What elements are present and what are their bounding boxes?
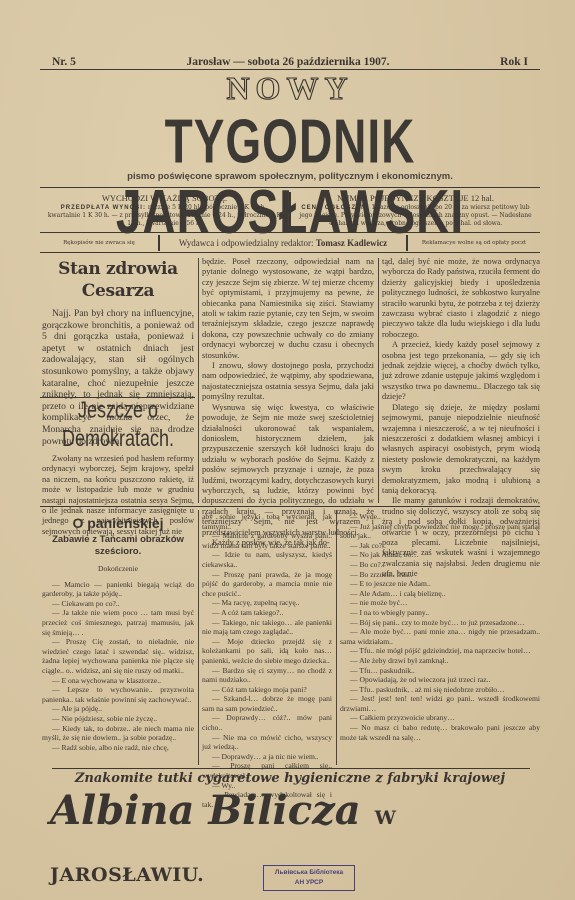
headline-cesarz: Stan zdrowia Cesarza [42, 258, 194, 302]
masthead-nowy: NOWY [40, 72, 540, 104]
stamp-line-1: Львівська Бібліотека [264, 868, 354, 878]
dialogue-line: — Tfu… paskudnik.. [340, 666, 540, 676]
dialogue-line: — Radź sobie, albo nie radź, nie chcę, [42, 743, 194, 753]
editor-credit: Wydawca i odpowiedzialny redaktor: Tomas… [158, 235, 408, 251]
article-paragraph: będzie. Poseł rzeczony, odpowiedział nam… [202, 257, 374, 361]
article-panienska-col3: — Wyde.. — Już jaśniej chyba powiedzieć … [340, 512, 540, 742]
divider [40, 232, 540, 233]
editor-strip: Rękopisów nie zwraca się Wydawca i odpow… [40, 234, 540, 253]
dialogue-line: — Idzie tu nam, usłyszysz, kiedyś ciekaw… [202, 550, 332, 569]
dialogue-line: — Wyde.. [340, 512, 540, 522]
dialogue-line: — Doprawdy… a ja nic nie wiem.. [202, 752, 332, 762]
publication-schedule: WYCHODZI W KAŻDĄ SOBOTĘ. [46, 193, 283, 203]
article-panienska-col2: aby sobie języki tobą wycierali, jak tam… [202, 512, 332, 809]
headline-demokraci: Jeszcze o Demokratach. [42, 395, 194, 452]
dialogue-line: — No masz ci babo redutę… brakowało pani… [340, 723, 540, 742]
dialogue-line: — Ciekawam po co?.. [42, 599, 194, 609]
stamp-line-2: АН УРСР [264, 878, 354, 888]
subscription-label: PRZEDPŁATA WYNOSI: [61, 205, 146, 211]
dialogue-line: — Nie ma co mówić cicho, wszyscy już wie… [202, 733, 332, 752]
dialogue-line: — Bo co?.. [340, 560, 540, 570]
column-rule [198, 510, 199, 765]
dialogue-line: — No jak Adam, bo… [340, 550, 540, 560]
dialogue-line: — Lepsze to wychowanie.. przyzwoita pani… [42, 685, 194, 704]
dialogue-line: — Już jaśniej chyba powiedzieć nie mogę.… [340, 522, 540, 541]
editor-label: Wydawca i odpowiedzialny redaktor: [179, 238, 314, 248]
year-label: Rok I [500, 56, 528, 68]
dialogue-line: — Opowiadają, że od wieczora już trzeci … [340, 675, 540, 685]
subheadline-panienska: Zabawie z Tańcami obrazków sześcioro. [42, 534, 194, 558]
divider [40, 506, 540, 507]
advert-company: Albina Bilicza [50, 787, 361, 834]
dialogue-line: — Ja także nie wiem poco … tam musi być … [42, 608, 194, 637]
complaints-notice: Reklamacye wolne są od opłaty poczt [408, 240, 540, 246]
dialogue-line: — Moje dziecko przejdź się z koleżankami… [202, 637, 332, 666]
article-demokraci-col2: będzie. Poseł rzeczony, odpowiedział nam… [202, 257, 374, 548]
dialogue-line: — Jest! jest! ten! ten! widzi go pani.. … [340, 694, 540, 713]
dialogue-line: — Mamcio — panienki biegają wciąż do gar… [42, 580, 194, 599]
masthead-tagline: pismo poświęcone sprawom społecznym, pol… [40, 171, 540, 182]
divider [52, 768, 530, 769]
column-rule [198, 258, 199, 503]
single-issue-price: NUMER POJEDYNCZY KOSZTUJE 12 hal. [297, 193, 534, 203]
ad-price-label: CENA OGŁOSZEŃ: [301, 205, 369, 211]
dialogue-line: — nie może być… [340, 598, 540, 608]
article-paragraph: tąd, dalej być nie może, że nowa ordynac… [382, 257, 540, 340]
divider [40, 187, 540, 188]
dialogue-line: — Ma racyę, zupełną racyę.. [202, 598, 332, 608]
dialogue-line: — Proszę Cię zostań, to nieładnie, nie w… [42, 637, 194, 675]
dialogue-line: — Nie pójdziesz, sobie nie życzę.. [42, 714, 194, 724]
dialogue-line: — Szkand-l… dobrze że mogę pani sam na s… [202, 694, 332, 713]
dialogue-line: — I na to wbiegły panny.. [340, 608, 540, 618]
manuscripts-notice: Rękopisów nie zwraca się [40, 240, 158, 246]
dialogue-line: aby sobie języki tobą wycierali, jak tam… [202, 512, 332, 531]
article-paragraph: I znowu, słowy dostojnego posła, przycho… [202, 361, 374, 403]
dialogue-line: — E ona wychowana w klasztorze.. [42, 676, 194, 686]
editor-name: Tomasz Kadlewicz [316, 238, 387, 248]
subscription-info: WYCHODZI W KAŻDĄ SOBOTĘ. PRZEDPŁATA WYNO… [40, 191, 540, 231]
subscription-prices: WYCHODZI W KAŻDĄ SOBOTĘ. PRZEDPŁATA WYNO… [40, 191, 289, 231]
dialogue-line: — Doprawdy… cóż?.. mów pani cicho.. [202, 713, 332, 732]
dialogue-line: — Bo zrzucił.. frak.. [340, 570, 540, 580]
ad-prices: NUMER POJEDYNCZY KOSZTUJE 12 hal. CENA O… [291, 191, 540, 231]
dialogue-line: — A cóż tam takiego?.. [202, 608, 332, 618]
library-stamp: Львівська Бібліотека АН УРСР [263, 865, 355, 891]
dialogue-line: — Ale żeby drzwi był zamknął.. [340, 656, 540, 666]
continued-label: Dokończenie [42, 564, 194, 574]
dialogue-line: — Kiedy tak, to dobrze.. ale niech mama … [42, 724, 194, 743]
dialogue-line: — Proszę pani prawda, że ja mogę pójść d… [202, 570, 332, 599]
dialogue-line: — Ale ja pójdę.. [42, 704, 194, 714]
article-paragraph: Dlatego się dzieje, że między posłami se… [382, 403, 540, 497]
dialogue-line: — Całkiem przyzwoicie ubrany… [340, 713, 540, 723]
advert-subline: Znakomite tutki cygaretowe hygieniczne z… [40, 771, 540, 786]
headline-panienska: O panieńskiej [42, 512, 194, 534]
dialogue-line: — E to jeszcze nie Adam.. [340, 579, 540, 589]
dialogue-line: — Mamciu z garderoby wyszła pani.. widzi… [202, 531, 332, 550]
dialogue-line: — Takiego, nic takiego… ale panienki nie… [202, 618, 332, 637]
article-paragraph: A przecież, kiedy każdy poseł sejmowy z … [382, 340, 540, 402]
issue-number: Nr. 5 [52, 56, 76, 68]
dialogue-line: — Cóż tam takiego moja pani? [202, 685, 332, 695]
article-panienska: O panieńskiej Zabawie z Tańcami obrazków… [42, 512, 194, 752]
dialogue-line: — Bój się pani.. czy to może być… to już… [340, 618, 540, 628]
dateline: Jarosław — sobota 26 października 1907. [187, 56, 390, 68]
dialogue-line: — Ale Adam… i całą bieliznę.. [340, 589, 540, 599]
dialogue-line: — Jak co?.. [340, 541, 540, 551]
dialogue-line: — Ale może być… pani mnie zna… nigdy nie… [340, 627, 540, 646]
dateline-bar: Nr. 5 Jarosław — sobota 26 października … [40, 56, 540, 70]
dialogue-line: — Tfu.. nie mógł pójść gdzieindziej, ma … [340, 646, 540, 656]
dialogue-line: — Tfu.. paskudnik, . aż mi się niedobrze… [340, 685, 540, 695]
column-rule [378, 258, 379, 503]
column-rule [336, 510, 337, 765]
dialogue-line: — Bardzo się ci szymy… no chodź z nami n… [202, 666, 332, 685]
